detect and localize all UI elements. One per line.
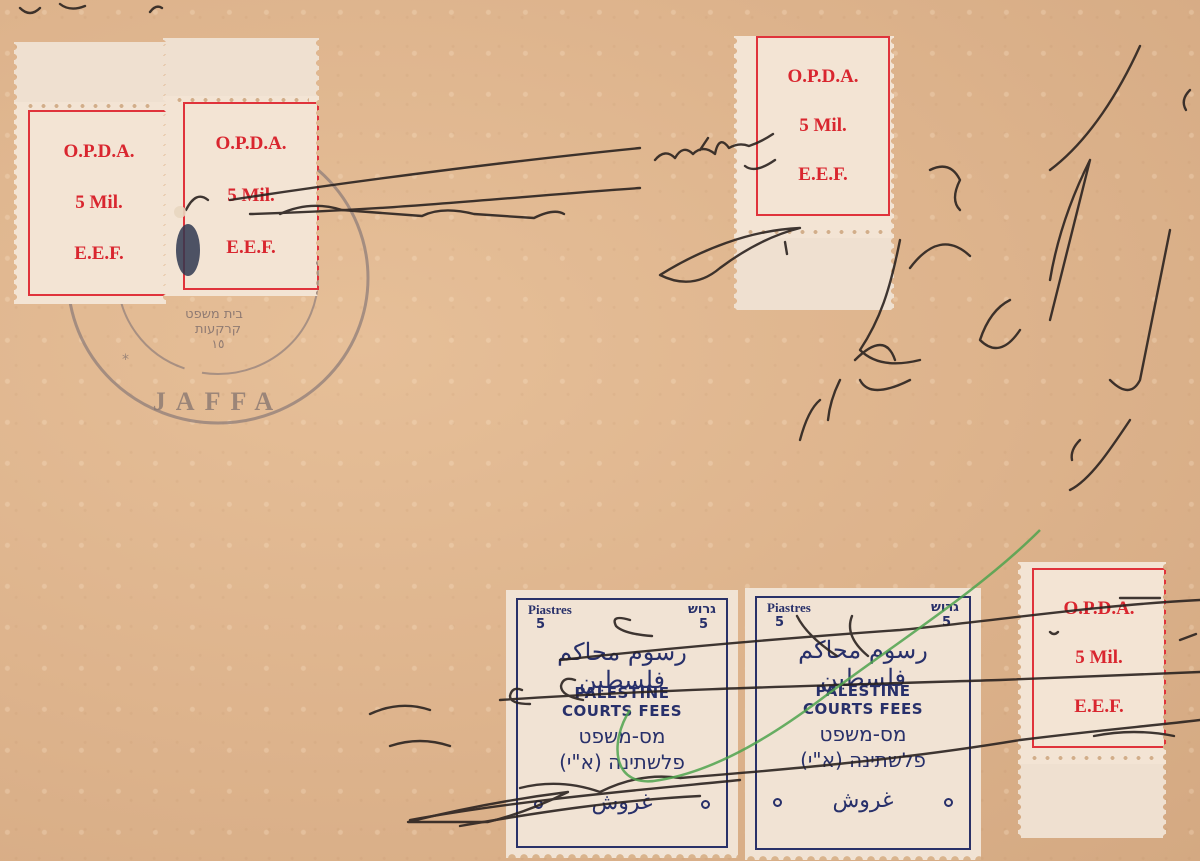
court-fee-stamp-2: Piastres גרוש 5 5 رسوم محاكم فلسطين PALE…: [745, 588, 981, 860]
stamp-text: O.P.D.A.: [787, 66, 858, 88]
stamp-value: 5: [942, 615, 951, 630]
stamp-text: E.E.F.: [798, 164, 847, 186]
corner-digit-icon: [944, 798, 953, 807]
stamp-text: O.P.D.A.: [215, 133, 286, 155]
stamp-text: 5 Mil.: [1075, 647, 1123, 669]
stamp-text: 5 Mil.: [227, 185, 275, 207]
stamp-label: Piastres: [528, 602, 572, 618]
svg-text:קרקעות: קרקעות: [195, 322, 241, 337]
corner-digit-icon: [701, 800, 710, 809]
svg-text:١٥: ١٥: [212, 337, 225, 351]
stamp-english-2: COURTS FEES: [757, 700, 969, 718]
stamp-text: E.E.F.: [226, 237, 275, 259]
stamp-text: E.E.F.: [74, 243, 123, 265]
stamp-hebrew-2: פלשתינה (א"י): [757, 748, 969, 772]
stamp-label: גרוש: [931, 600, 959, 615]
postmark-city: JAFFA: [153, 387, 283, 416]
stamp-english-1: PALESTINE: [757, 682, 969, 700]
corner-digit-icon: [534, 800, 543, 809]
corner-digit-icon: [773, 798, 782, 807]
stamp-label: Piastres: [767, 600, 811, 616]
stamp-english-2: COURTS FEES: [518, 702, 726, 720]
stamp-text: E.E.F.: [1074, 696, 1123, 718]
opda-stamp-1: O.P.D.A. 5 Mil. E.E.F.: [14, 42, 166, 304]
stamp-hebrew-1: מס-משפט: [757, 722, 969, 746]
opda-stamp-3: O.P.D.A. 5 Mil. E.E.F.: [734, 36, 894, 310]
stamp-arabic-value: غروش: [518, 790, 726, 815]
opda-stamp-2: O.P.D.A. 5 Mil. E.E.F.: [163, 38, 319, 296]
stamp-hebrew-1: מס-משפט: [518, 724, 726, 748]
svg-text:בית משפט: בית משפט: [185, 307, 243, 322]
stamp-text: 5 Mil.: [799, 115, 847, 137]
court-fee-stamp-1: Piastres גרוש 5 5 رسوم محاكم فلسطين PALE…: [506, 590, 738, 858]
stamp-text: O.P.D.A.: [1063, 598, 1134, 620]
svg-text:*: *: [122, 352, 129, 368]
stamp-english-1: PALESTINE: [518, 684, 726, 702]
stamp-value: 5: [536, 617, 545, 632]
stamp-arabic-value: غروش: [757, 788, 969, 813]
stamp-value: 5: [775, 615, 784, 630]
stamp-label: גרוש: [688, 602, 716, 617]
stamp-value: 5: [699, 617, 708, 632]
stamp-hebrew-2: פלשתינה (א"י): [518, 750, 726, 774]
stamp-text: O.P.D.A.: [63, 141, 134, 163]
opda-stamp-4: O.P.D.A. 5 Mil. E.E.F.: [1018, 562, 1166, 838]
stamp-text: 5 Mil.: [75, 192, 123, 214]
